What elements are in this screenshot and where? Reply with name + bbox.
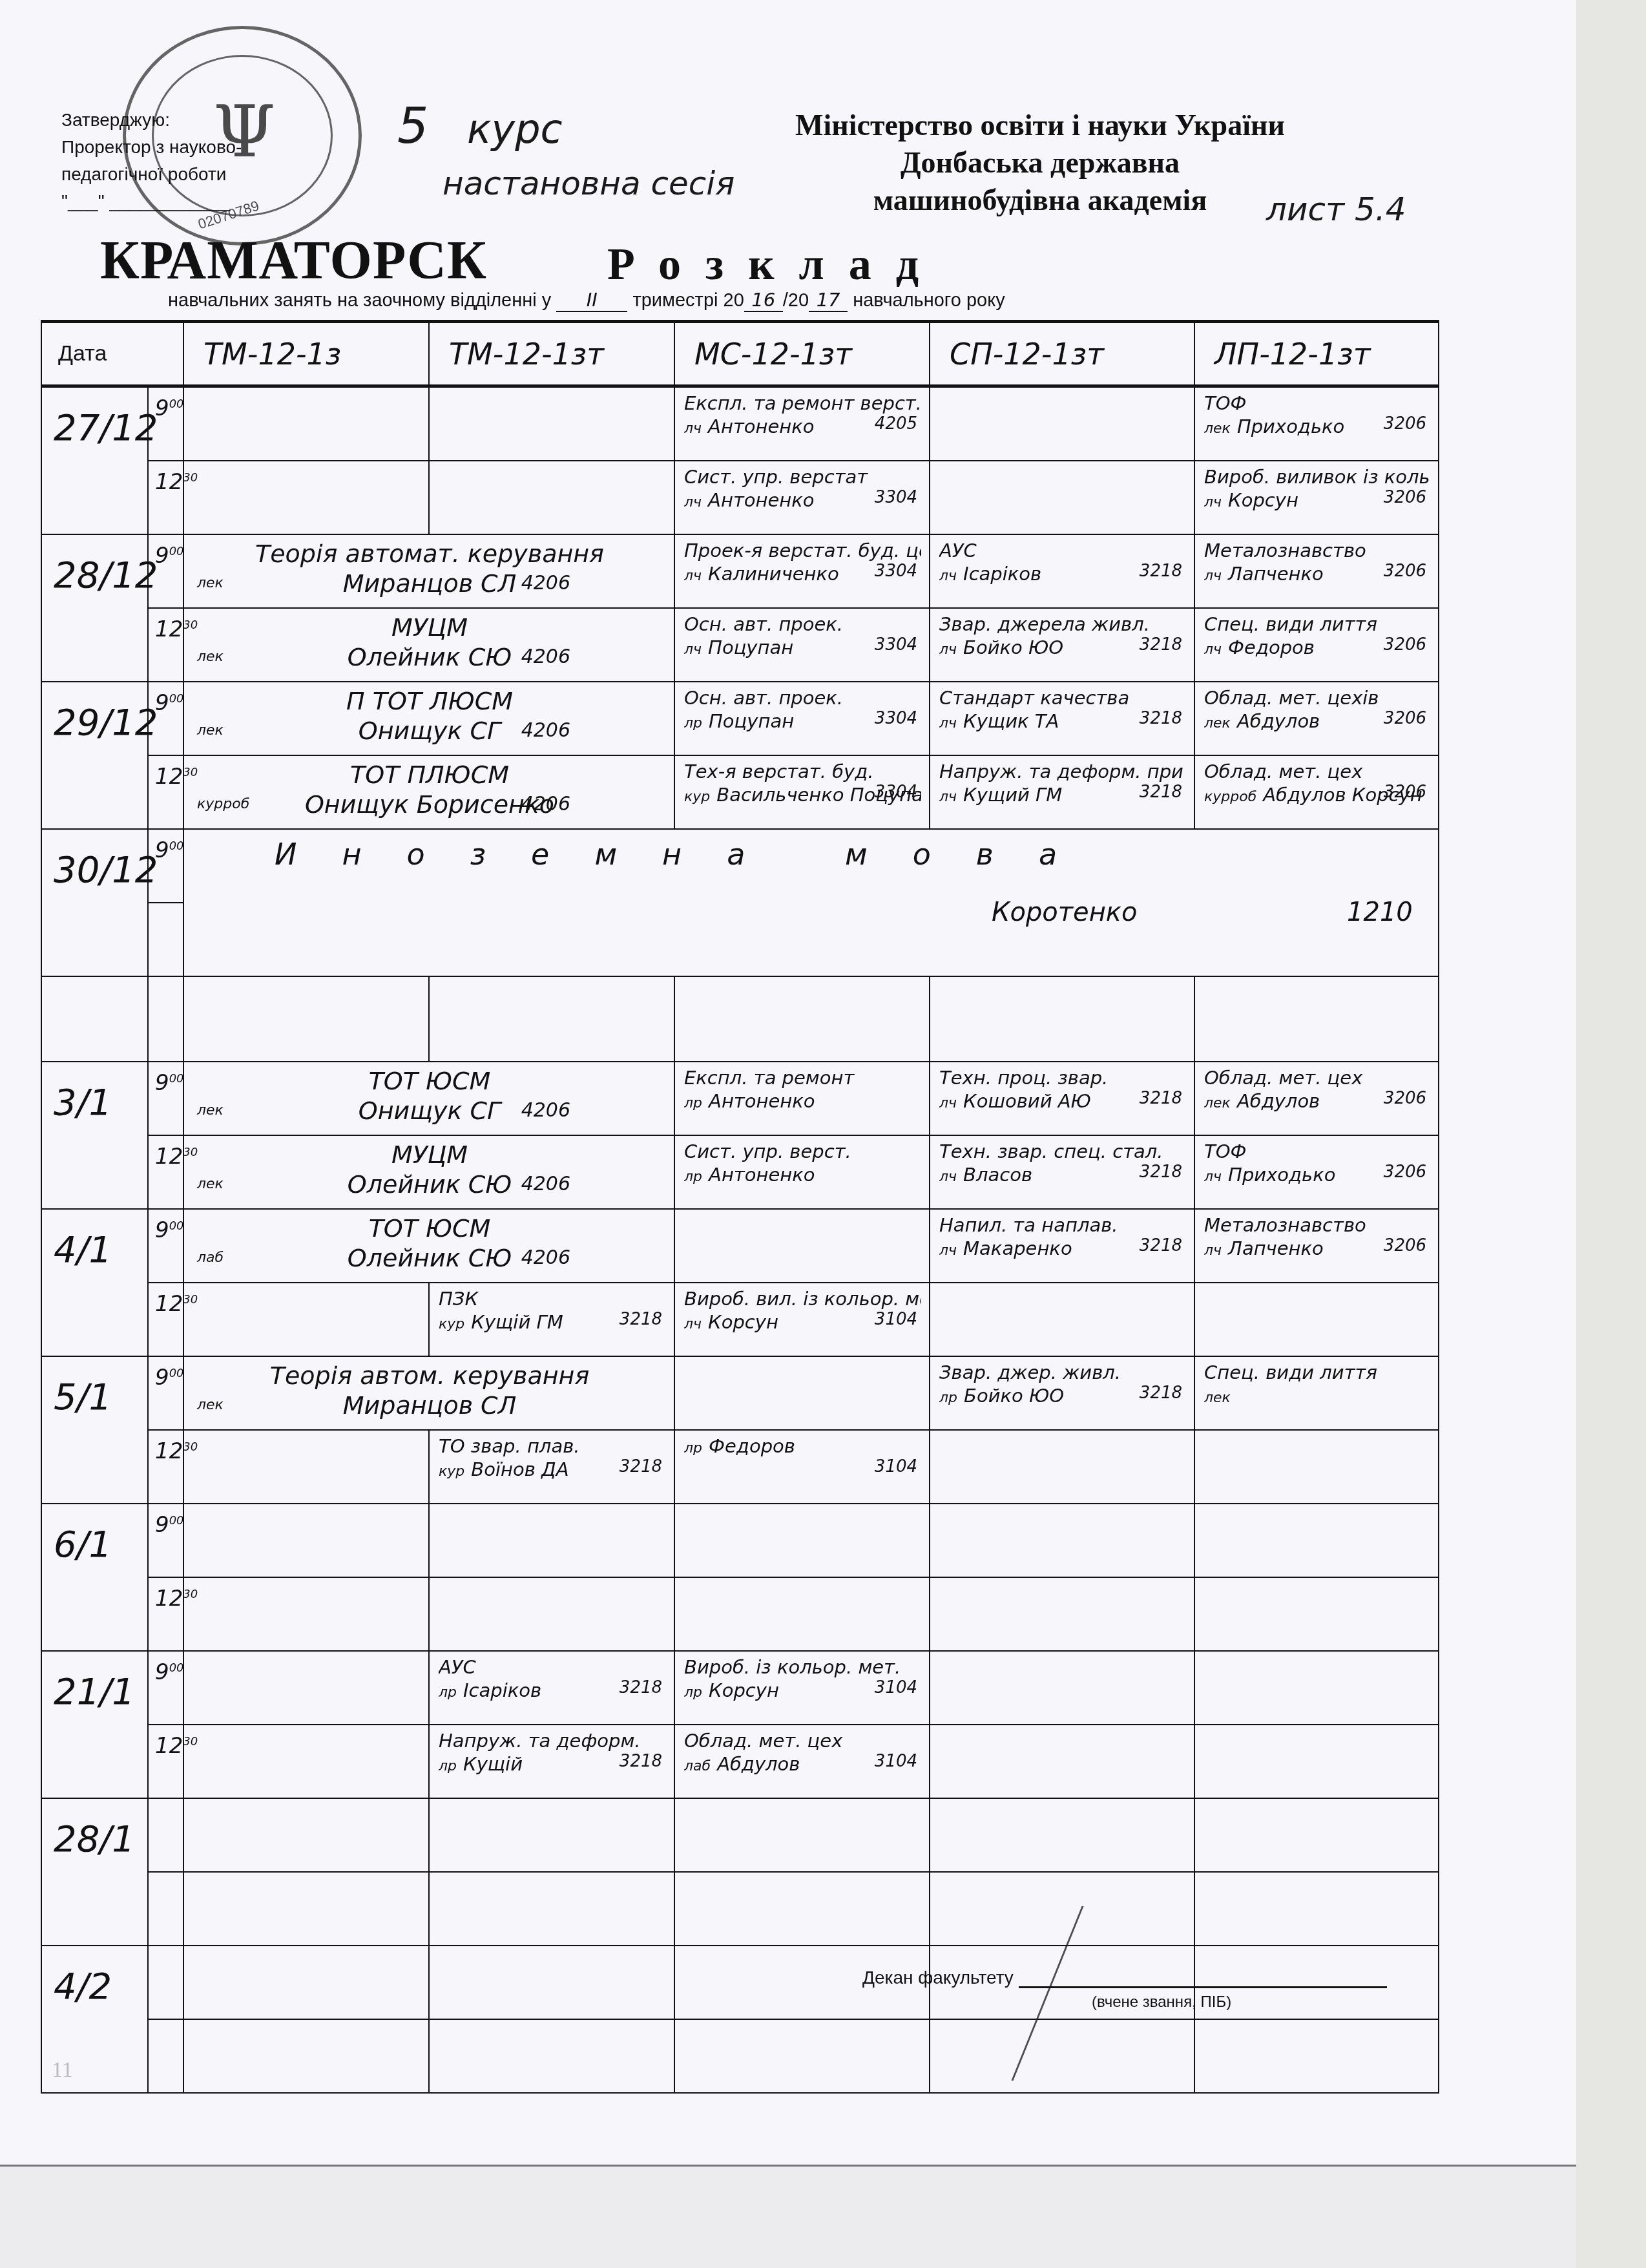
subject: Металознавство <box>1204 539 1430 562</box>
empty-slot <box>429 1872 674 1946</box>
table-row: 30/12900Иноземна моваКоротенко1210 <box>41 829 1439 903</box>
room-number: 3206 <box>1384 560 1426 583</box>
teacher: Онищук Борисенко <box>305 790 554 819</box>
lesson-slot: Облад. мет. цехлекАбдулов3206 <box>1194 1062 1439 1135</box>
empty-slot <box>183 1651 429 1725</box>
lesson-type: лаб <box>684 1758 711 1774</box>
lesson-type: лек <box>1204 1390 1231 1406</box>
empty-slot <box>429 2019 674 2093</box>
empty-slot <box>183 976 429 1062</box>
course-word: курс <box>467 105 563 152</box>
table-row: 28/1 <box>41 1798 1439 1872</box>
room-number: 3218 <box>620 1308 662 1331</box>
lesson-type: лч <box>1204 1243 1222 1259</box>
time-cell: 900 <box>148 1356 183 1430</box>
subject: Техн. звар. спец. стал. <box>939 1140 1186 1163</box>
empty-slot <box>674 1209 930 1283</box>
time-cell <box>148 2019 183 2093</box>
room-number: 3218 <box>1140 1234 1182 1257</box>
time-hour: 12 <box>155 1586 183 1612</box>
lesson-type: лр <box>439 1758 457 1774</box>
empty-slot <box>930 976 1194 1062</box>
empty-slot <box>1194 976 1439 1062</box>
subject: ТОТ ЮСМ <box>193 1213 666 1243</box>
teacher: Приходько <box>1228 1164 1335 1186</box>
teacher: Кущик ТА <box>963 710 1059 732</box>
time-minutes: 00 <box>169 1072 184 1086</box>
lesson-meta: лекОлейник СЮ <box>193 1170 666 1199</box>
teacher: Онищук СГ <box>359 1097 501 1125</box>
lesson-slot: лрФедоров3104 <box>674 1430 930 1504</box>
lesson-type: курроб <box>1204 789 1256 805</box>
lesson-slot: Вироб. виливок із кольорових мет.лчКорсу… <box>1194 461 1439 534</box>
lesson-slot: Стандарт качествалчКущик ТА3218 <box>930 682 1194 755</box>
teacher: Власов <box>963 1164 1032 1186</box>
lesson-type: лек <box>1204 1095 1231 1111</box>
lesson-type: лч <box>1204 494 1222 510</box>
lesson-type: кур <box>439 1464 464 1480</box>
empty-slot <box>674 1356 930 1430</box>
teacher: Поцупан <box>709 710 794 732</box>
time-hour: 12 <box>155 1144 183 1170</box>
empty-slot <box>183 1946 429 2019</box>
lesson-slot: Напруж. та деформ. при звар.лчКущий ГМ32… <box>930 755 1194 829</box>
date-cell: 5/1 <box>41 1356 148 1504</box>
room-number: 3304 <box>875 560 917 583</box>
lesson-type: лек <box>197 1170 224 1199</box>
teacher: Калиниченко <box>708 563 839 585</box>
lesson-type: лр <box>684 1685 702 1701</box>
empty-slot <box>183 1872 429 1946</box>
time-cell: 900 <box>148 1651 183 1725</box>
time-hour: 12 <box>155 616 183 642</box>
lesson-meta: лекМиранцов СЛ <box>193 1391 666 1420</box>
table-row: 1230 <box>41 1577 1439 1651</box>
time-cell <box>148 1798 183 1872</box>
table-row: 1230Напруж. та деформ.лрКущій3218Облад. … <box>41 1725 1439 1798</box>
lesson-slot: Сист. упр. верст.лрАнтоненко <box>674 1135 930 1209</box>
teacher: Миранцов СЛ <box>343 569 516 598</box>
subject: ТОФ <box>1204 1140 1430 1163</box>
room-number: 3104 <box>875 1750 917 1773</box>
lesson-type: лек <box>197 569 224 598</box>
lesson-type: лек <box>197 716 224 746</box>
lesson-slot: Осн. авт. проек.лчПоцупан3304 <box>674 608 930 682</box>
date-column-header: Дата <box>41 322 183 386</box>
room-number: 3104 <box>875 1455 917 1478</box>
teacher: Антоненко <box>708 489 814 511</box>
lesson-cell: ТОФлчПриходько3206 <box>1195 1136 1438 1208</box>
foreign-language-cell: Иноземна моваКоротенко1210 <box>183 829 1439 976</box>
time-minutes: 30 <box>183 1440 198 1454</box>
subject: ТОТ ПЛЮСМ <box>193 760 666 790</box>
subject: Сист. упр. верстат <box>684 465 921 488</box>
joint-lesson-cell: ТОТ ЮСМлекОнищук СГ4206 <box>183 1062 674 1135</box>
time-cell <box>148 976 183 1062</box>
lesson-meta: лекОнищук СГ <box>193 716 666 746</box>
time-hour: 9 <box>155 1070 169 1096</box>
lesson-slot: Осн. авт. проек.лрПоцупан3304 <box>674 682 930 755</box>
year-start-field: 16 <box>744 289 783 312</box>
subject: Звар. джерела живл. <box>939 613 1186 636</box>
lesson-cell: Облад. мет. цехівлекАбдулов3206 <box>1195 682 1438 755</box>
time-minutes: 30 <box>183 1293 198 1307</box>
table-row: 1230МУЦМлекОлейник СЮ4206Осн. авт. проек… <box>41 608 1439 682</box>
room-number: 3218 <box>1140 633 1182 656</box>
lesson-type: лр <box>684 1169 702 1185</box>
empty-slot <box>183 1504 429 1577</box>
room-number: 4206 <box>521 1170 570 1199</box>
time-hour: 9 <box>155 1217 169 1243</box>
lesson-slot: Звар. джер. живл.лрБойко ЮО3218 <box>930 1356 1194 1430</box>
subject: ТО звар. плав. <box>439 1434 666 1458</box>
date-cell <box>41 976 148 1062</box>
room-number: 4206 <box>521 569 570 598</box>
subject: Вироб. із кольор. мет. <box>684 1655 921 1679</box>
lesson-cell: Спец. види литтялчФедоров3206 <box>1195 609 1438 681</box>
lesson-type: лч <box>939 715 957 731</box>
lesson-meta: лрАнтоненко <box>684 1163 921 1189</box>
table-row: 28/12900Теорія автомат. керуваннялекМира… <box>41 534 1439 608</box>
empty-slot <box>1194 1504 1439 1577</box>
lesson-meta: лек <box>1204 1384 1430 1410</box>
lesson-type: лч <box>939 1095 957 1111</box>
empty-slot <box>429 1504 674 1577</box>
table-row <box>41 1872 1439 1946</box>
schedule-subtitle: навчальних занять на заочному відділенні… <box>168 289 1005 312</box>
subject: ТОТ ЮСМ <box>193 1066 666 1096</box>
schedule-table: Дата ТМ-12-1з ТМ-12-1зт МС-12-1зт СП-12-… <box>41 320 1439 2094</box>
dean-signature-line: Декан факультету <box>862 1968 1387 1988</box>
ministry-name: Міністерство освіти і науки України <box>749 107 1331 144</box>
empty-slot <box>930 386 1194 461</box>
approval-line: Проректор з науково- <box>61 134 242 161</box>
time-minutes: 00 <box>169 1367 184 1380</box>
teacher: Абдулов <box>717 1753 800 1775</box>
lesson-type: лч <box>684 642 702 658</box>
empty-slot <box>930 1430 1194 1504</box>
lesson-cell: ТОТ ЮСМлекОнищук СГ4206 <box>184 1062 674 1135</box>
lesson-type: лч <box>684 421 702 437</box>
lesson-cell: МУЦМлекОлейник СЮ4206 <box>184 1136 674 1208</box>
teacher: Лапченко <box>1228 563 1324 585</box>
subject: Облад. мет. цехів <box>1204 686 1430 709</box>
time-minutes: 00 <box>169 397 184 411</box>
teacher: Онищук СГ <box>359 717 501 745</box>
lesson-type: лр <box>439 1685 457 1701</box>
lesson-slot: Техн. проц. звар.лчКошовий АЮ3218 <box>930 1062 1194 1135</box>
lesson-cell: МУЦМлекОлейник СЮ4206 <box>184 609 674 681</box>
date-cell: 21/1 <box>41 1651 148 1798</box>
subject: Вироб. виливок із кольорових мет. <box>1204 465 1430 488</box>
time-cell: 1230 <box>148 1283 183 1356</box>
teacher: Приходько <box>1237 415 1344 437</box>
subject: АУС <box>939 539 1186 562</box>
empty-slot <box>1194 1651 1439 1725</box>
lesson-slot: ТОФлчПриходько3206 <box>1194 1135 1439 1209</box>
time-hour: 12 <box>155 1733 183 1759</box>
lesson-type: лр <box>939 1390 957 1406</box>
joint-lesson-cell: Теорія автомат. керуваннялекМиранцов СЛ4… <box>183 534 674 608</box>
subject: ПЗК <box>439 1287 666 1310</box>
empty-slot <box>429 1577 674 1651</box>
lesson-type: кур <box>439 1316 464 1332</box>
subject: Напил. та наплав. <box>939 1213 1186 1237</box>
time-minutes: 30 <box>183 1735 198 1748</box>
lesson-cell: Сист. упр. верстатлчАнтоненко3304 <box>675 461 929 534</box>
empty-slot <box>674 1798 930 1872</box>
empty-slot <box>183 386 429 461</box>
date-cell: 4/1 <box>41 1209 148 1356</box>
subject: Проек-я верстат. буд. цехів <box>684 539 921 562</box>
lesson-cell: МеталознавстволчЛапченко3206 <box>1195 1210 1438 1282</box>
lesson-type: лаб <box>197 1243 224 1273</box>
dean-label: Декан факультету <box>862 1968 1014 1988</box>
joint-lesson-cell: МУЦМлекОлейник СЮ4206 <box>183 1135 674 1209</box>
teacher: Олейник СЮ <box>348 1244 512 1272</box>
lesson-cell: ПЗКкурКущій ГМ3218 <box>430 1283 674 1356</box>
room-number: 3218 <box>1140 781 1182 804</box>
group-header: ТМ-12-1з <box>183 322 429 386</box>
subject: Облад. мет. цех <box>1204 760 1430 783</box>
lesson-slot: Тех-я верстат. буд.курВасильченко Поцупа… <box>674 755 930 829</box>
subject: ТОФ <box>1204 392 1430 415</box>
lesson-cell: АУСлчІсаріков3218 <box>930 535 1194 607</box>
approval-line: Затверджую: <box>61 107 242 134</box>
lesson-type: лр <box>684 1440 702 1456</box>
lesson-cell: Облад. мет. цехлабАбдулов3104 <box>675 1725 929 1798</box>
lesson-meta: лекОнищук СГ <box>193 1096 666 1126</box>
empty-slot <box>1194 1283 1439 1356</box>
room-number: 3206 <box>1384 412 1426 436</box>
date-cell: 29/12 <box>41 682 148 829</box>
lesson-cell: Проек-я верстат. буд. цехівлчКалиниченко… <box>675 535 929 607</box>
teacher: Федоров <box>709 1435 795 1457</box>
time-minutes: 00 <box>169 692 184 706</box>
lesson-type: лч <box>939 642 957 658</box>
joint-lesson-cell: П ТОТ ЛЮСМлекОнищук СГ4206 <box>183 682 674 755</box>
lesson-type: лч <box>939 568 957 584</box>
room-number: 3206 <box>1384 633 1426 656</box>
teacher: Антоненко <box>708 415 814 437</box>
time-minutes: 00 <box>169 545 184 558</box>
subject: Експл. та ремонт <box>684 1066 921 1089</box>
subject: Спец. види лиття <box>1204 1361 1430 1384</box>
lesson-cell: МеталознавстволчЛапченко3206 <box>1195 535 1438 607</box>
lesson-cell: Вироб. із кольор. мет.лрКорсун3104 <box>675 1652 929 1724</box>
lesson-meta: лекМиранцов СЛ <box>193 569 666 598</box>
lesson-cell: Звар. джерела живл.лчБойко ЮО3218 <box>930 609 1194 681</box>
page-number: 11 <box>52 2058 73 2083</box>
table-row: 4/1900ТОТ ЮСМлабОлейник СЮ4206Напил. та … <box>41 1209 1439 1283</box>
time-hour: 12 <box>155 1438 183 1464</box>
teacher: Кущий ГМ <box>963 784 1062 806</box>
subject: Осн. авт. проек. <box>684 686 921 709</box>
lesson-type: лч <box>939 1169 957 1185</box>
lesson-slot: Сист. упр. верстатлчАнтоненко3304 <box>674 461 930 534</box>
room-number: 1210 <box>1347 901 1413 924</box>
time-minutes: 30 <box>183 1588 198 1601</box>
lesson-type: лр <box>684 1095 702 1111</box>
room-number: 4206 <box>521 716 570 746</box>
joint-lesson-cell: ТОТ ЮСМлабОлейник СЮ4206 <box>183 1209 674 1283</box>
teacher: Воїнов ДА <box>471 1458 568 1480</box>
time-cell: 1230 <box>148 1577 183 1651</box>
teacher: Корсун <box>1228 489 1298 511</box>
subtitle-suffix: навчального року <box>853 290 1005 311</box>
empty-slot <box>674 2019 930 2093</box>
empty-slot <box>429 461 674 534</box>
subject: МУЦМ <box>193 613 666 642</box>
group-header: ЛП-12-1зт <box>1194 322 1439 386</box>
room-number: 3304 <box>875 486 917 509</box>
empty-slot <box>674 1577 930 1651</box>
teacher: Бойко ЮО <box>964 1385 1064 1407</box>
teacher: Кущій ГМ <box>471 1311 563 1333</box>
lesson-cell: Облад. мет. цехлекАбдулов3206 <box>1195 1062 1438 1135</box>
lesson-slot: Напил. та наплав.лчМакаренко3218 <box>930 1209 1194 1283</box>
date-cell: 6/1 <box>41 1504 148 1651</box>
empty-slot <box>429 1946 674 2019</box>
subject: Металознавство <box>1204 1213 1430 1237</box>
time-minutes: 00 <box>169 1219 184 1233</box>
time-minutes: 00 <box>169 839 184 853</box>
room-number: 3206 <box>1384 1234 1426 1257</box>
table-row: 1230МУЦМлекОлейник СЮ4206Сист. упр. верс… <box>41 1135 1439 1209</box>
subject: Напруж. та деформ. при звар. <box>939 760 1186 783</box>
lesson-cell: Напруж. та деформ. при звар.лчКущий ГМ32… <box>930 756 1194 828</box>
room-number: 4206 <box>521 1096 570 1126</box>
lesson-slot: Звар. джерела живл.лчБойко ЮО3218 <box>930 608 1194 682</box>
empty-slot <box>674 976 930 1062</box>
room-number: 3104 <box>875 1308 917 1331</box>
subject: Сист. упр. верст. <box>684 1140 921 1163</box>
subject: Теорія автомат. керування <box>193 539 666 569</box>
institution-heading: Міністерство освіти і науки України Донб… <box>749 107 1331 219</box>
lesson-cell: Техн. звар. спец. стал.лчВласов3218 <box>930 1136 1194 1208</box>
room-number: 3206 <box>1384 781 1426 804</box>
empty-slot <box>930 1725 1194 1798</box>
teacher: Антоненко <box>709 1164 815 1186</box>
teacher: Миранцов СЛ <box>343 1391 516 1420</box>
lesson-slot: МеталознавстволчЛапченко3206 <box>1194 534 1439 608</box>
empty-slot <box>930 1798 1194 1872</box>
lesson-cell: Стандарт качествалчКущик ТА3218 <box>930 682 1194 755</box>
subject: Напруж. та деформ. <box>439 1729 666 1752</box>
lesson-cell: П ТОТ ЛЮСМлекОнищук СГ4206 <box>184 682 674 755</box>
empty-slot <box>674 1872 930 1946</box>
lesson-meta: лекОлейник СЮ <box>193 642 666 672</box>
group-header: СП-12-1зт <box>930 322 1194 386</box>
time-cell: 900 <box>148 1062 183 1135</box>
lesson-slot: Експл. та ремонт верст. облад.лчАнтоненк… <box>674 386 930 461</box>
lesson-cell: Иноземна моваКоротенко1210 <box>184 830 1438 976</box>
empty-slot <box>1194 1725 1439 1798</box>
table-row: 1230Сист. упр. верстатлчАнтоненко3304Вир… <box>41 461 1439 534</box>
time-cell <box>148 903 183 976</box>
date-cell: 3/1 <box>41 1062 148 1209</box>
time-cell <box>148 1872 183 1946</box>
lesson-slot: Проек-я верстат. буд. цехівлчКалиниченко… <box>674 534 930 608</box>
teacher: Корсун <box>709 1679 779 1701</box>
lesson-slot: Облад. мет. цехкурробАбдулов Корсун3206 <box>1194 755 1439 829</box>
teacher: Коротенко <box>992 901 1137 924</box>
lesson-cell: Осн. авт. проек.лрПоцупан3304 <box>675 682 929 755</box>
empty-slot <box>1194 1430 1439 1504</box>
lesson-meta: лрАнтоненко <box>684 1089 921 1115</box>
signature-line <box>1019 1968 1387 1988</box>
lesson-slot: ТО звар. плав.курВоїнов ДА3218 <box>429 1430 674 1504</box>
lesson-type: лч <box>1204 642 1222 658</box>
lesson-cell: Вироб. вил. із кольор. мет.лчКорсун3104 <box>675 1283 929 1356</box>
lesson-type: лч <box>684 568 702 584</box>
room-number: 4205 <box>875 412 917 436</box>
lesson-cell: Сист. упр. верст.лрАнтоненко <box>675 1136 929 1208</box>
teacher: Олейник СЮ <box>348 1170 512 1199</box>
lesson-cell: Експл. та ремонтлрАнтоненко <box>675 1062 929 1135</box>
year-end-field: 17 <box>809 289 848 312</box>
room-number: 3206 <box>1384 707 1426 730</box>
time-hour: 9 <box>155 1512 169 1538</box>
time-cell: 900 <box>148 1209 183 1283</box>
room-number: 3206 <box>1384 1160 1426 1184</box>
lesson-cell: ТОТ ЮСМлабОлейник СЮ4206 <box>184 1210 674 1282</box>
teacher: Кошовий АЮ <box>963 1090 1091 1112</box>
empty-slot <box>1194 1798 1439 1872</box>
subject: Техн. проц. звар. <box>939 1066 1186 1089</box>
table-row <box>41 976 1439 1062</box>
lesson-cell: Експл. та ремонт верст. облад.лчАнтоненк… <box>675 388 929 460</box>
lesson-type: лч <box>1204 1169 1222 1185</box>
lesson-slot: Облад. мет. цехлабАбдулов3104 <box>674 1725 930 1798</box>
room-number: 3218 <box>1140 1087 1182 1110</box>
lesson-slot: Облад. мет. цехівлекАбдулов3206 <box>1194 682 1439 755</box>
time-hour: 12 <box>155 764 183 790</box>
subject: АУС <box>439 1655 666 1679</box>
subtitle-mid2: /20 <box>783 290 809 311</box>
lesson-cell: Звар. джер. живл.лрБойко ЮО3218 <box>930 1357 1194 1429</box>
teacher: Кущій <box>463 1753 523 1775</box>
time-minutes: 00 <box>169 1514 184 1528</box>
time-cell <box>148 1946 183 2019</box>
subject: Тех-я верстат. буд. <box>684 760 921 783</box>
empty-slot <box>930 1283 1194 1356</box>
approval-line: "___" ____________ <box>61 188 242 215</box>
room-number: 3218 <box>1140 1160 1182 1184</box>
lesson-cell: Напруж. та деформ.лрКущій3218 <box>430 1725 674 1798</box>
room-number: 3304 <box>875 707 917 730</box>
subject: Стандарт качества <box>939 686 1186 709</box>
subject: Облад. мет. цех <box>1204 1066 1430 1089</box>
lesson-slot: ПЗКкурКущій ГМ3218 <box>429 1283 674 1356</box>
teacher: Корсун <box>708 1311 778 1333</box>
subject: Звар. джер. живл. <box>939 1361 1186 1384</box>
lesson-cell: Техн. проц. звар.лчКошовий АЮ3218 <box>930 1062 1194 1135</box>
city-stamp: КРАМАТОРСК <box>100 229 487 292</box>
empty-slot <box>930 461 1194 534</box>
teacher: Абдулов <box>1237 710 1320 732</box>
approval-block: Затверджую: Проректор з науково- педагог… <box>61 107 242 215</box>
lesson-type: лч <box>939 1243 957 1259</box>
subject: П ТОТ ЛЮСМ <box>193 686 666 716</box>
empty-slot <box>1194 1577 1439 1651</box>
room-number: 3206 <box>1384 486 1426 509</box>
table-row: 6/1900 <box>41 1504 1439 1577</box>
lesson-slot: АУСлрІсаріков3218 <box>429 1651 674 1725</box>
lesson-slot: Спец. види литтялек <box>1194 1356 1439 1430</box>
lesson-type: лек <box>1204 421 1231 437</box>
academy-name-2: машинобудівна академія <box>749 182 1331 219</box>
